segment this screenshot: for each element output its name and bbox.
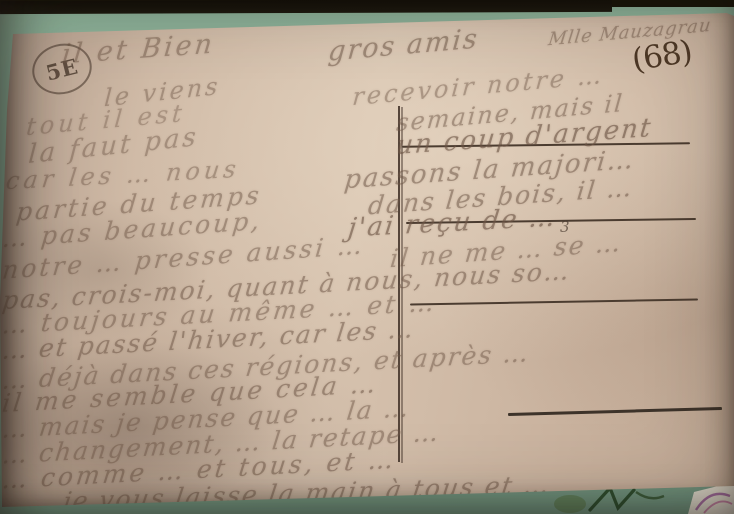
handwriting-line: il me semble que cela … bbox=[0, 369, 380, 418]
top-dark-edge-left bbox=[0, 0, 612, 14]
handwriting-line: partie du temps bbox=[15, 180, 264, 226]
handwriting-line: pas, crois-moi, quant à nous, nous so… bbox=[1, 256, 573, 315]
handwriting-line: car les … nous bbox=[4, 155, 241, 195]
handwriting-line: … comme … et tous, et … bbox=[0, 445, 398, 495]
handwriting-line: … je vous laisse la main à tous et … bbox=[24, 470, 553, 514]
address-rule-4 bbox=[508, 407, 722, 416]
handwriting-line: … toujours au même … et … bbox=[1, 287, 439, 339]
postcard-divider-line bbox=[398, 106, 400, 462]
address-rule-1 bbox=[402, 142, 690, 148]
pencil-circled-number: 5E bbox=[27, 37, 97, 100]
handwriting-line: il ne me … se … bbox=[389, 228, 624, 274]
handwriting-line: gros amis bbox=[327, 23, 480, 68]
postcard-paper: 5E (68) 3 il et Bien gros amis Mlle Mauz… bbox=[0, 0, 734, 514]
handwriting-line: la faut pas bbox=[27, 122, 199, 170]
handwriting-line: le viens bbox=[103, 72, 221, 113]
handwriting-line: semaine, mais il bbox=[395, 89, 625, 137]
address-rule-2 bbox=[406, 218, 696, 224]
handwriting-line: passons la majori… bbox=[343, 145, 637, 196]
photograph-of-postcard: 5E (68) 3 il et Bien gros amis Mlle Mauz… bbox=[0, 0, 734, 514]
ink-number: (68) bbox=[630, 34, 695, 79]
handwriting-line: j'ai reçu de … bbox=[346, 202, 558, 243]
small-pencil-digit: 3 bbox=[560, 218, 570, 236]
address-rule-3 bbox=[410, 298, 698, 305]
handwriting-line: dans les bois, il … bbox=[367, 173, 636, 221]
handwriting-line: … changement, … la retape … bbox=[1, 417, 443, 469]
handwriting-line: … déjà dans ces régions, et après … bbox=[1, 338, 532, 395]
handwriting-line: notre … presse aussi … bbox=[1, 230, 367, 285]
handwriting-line: … mais je pense que … la … bbox=[0, 393, 412, 444]
pencil-smudge bbox=[0, 340, 280, 510]
pencil-smudge bbox=[0, 200, 210, 340]
handwriting-line: recevoir notre … bbox=[351, 61, 605, 111]
handwriting-line: … et passé l'hiver, car les … bbox=[0, 314, 416, 365]
handwriting-line: un coup d'argent bbox=[395, 113, 654, 161]
handwriting-line: … pas beaucoup, bbox=[1, 206, 264, 253]
handwriting-line: tout il est bbox=[25, 99, 187, 141]
top-dark-edge bbox=[0, 0, 734, 7]
